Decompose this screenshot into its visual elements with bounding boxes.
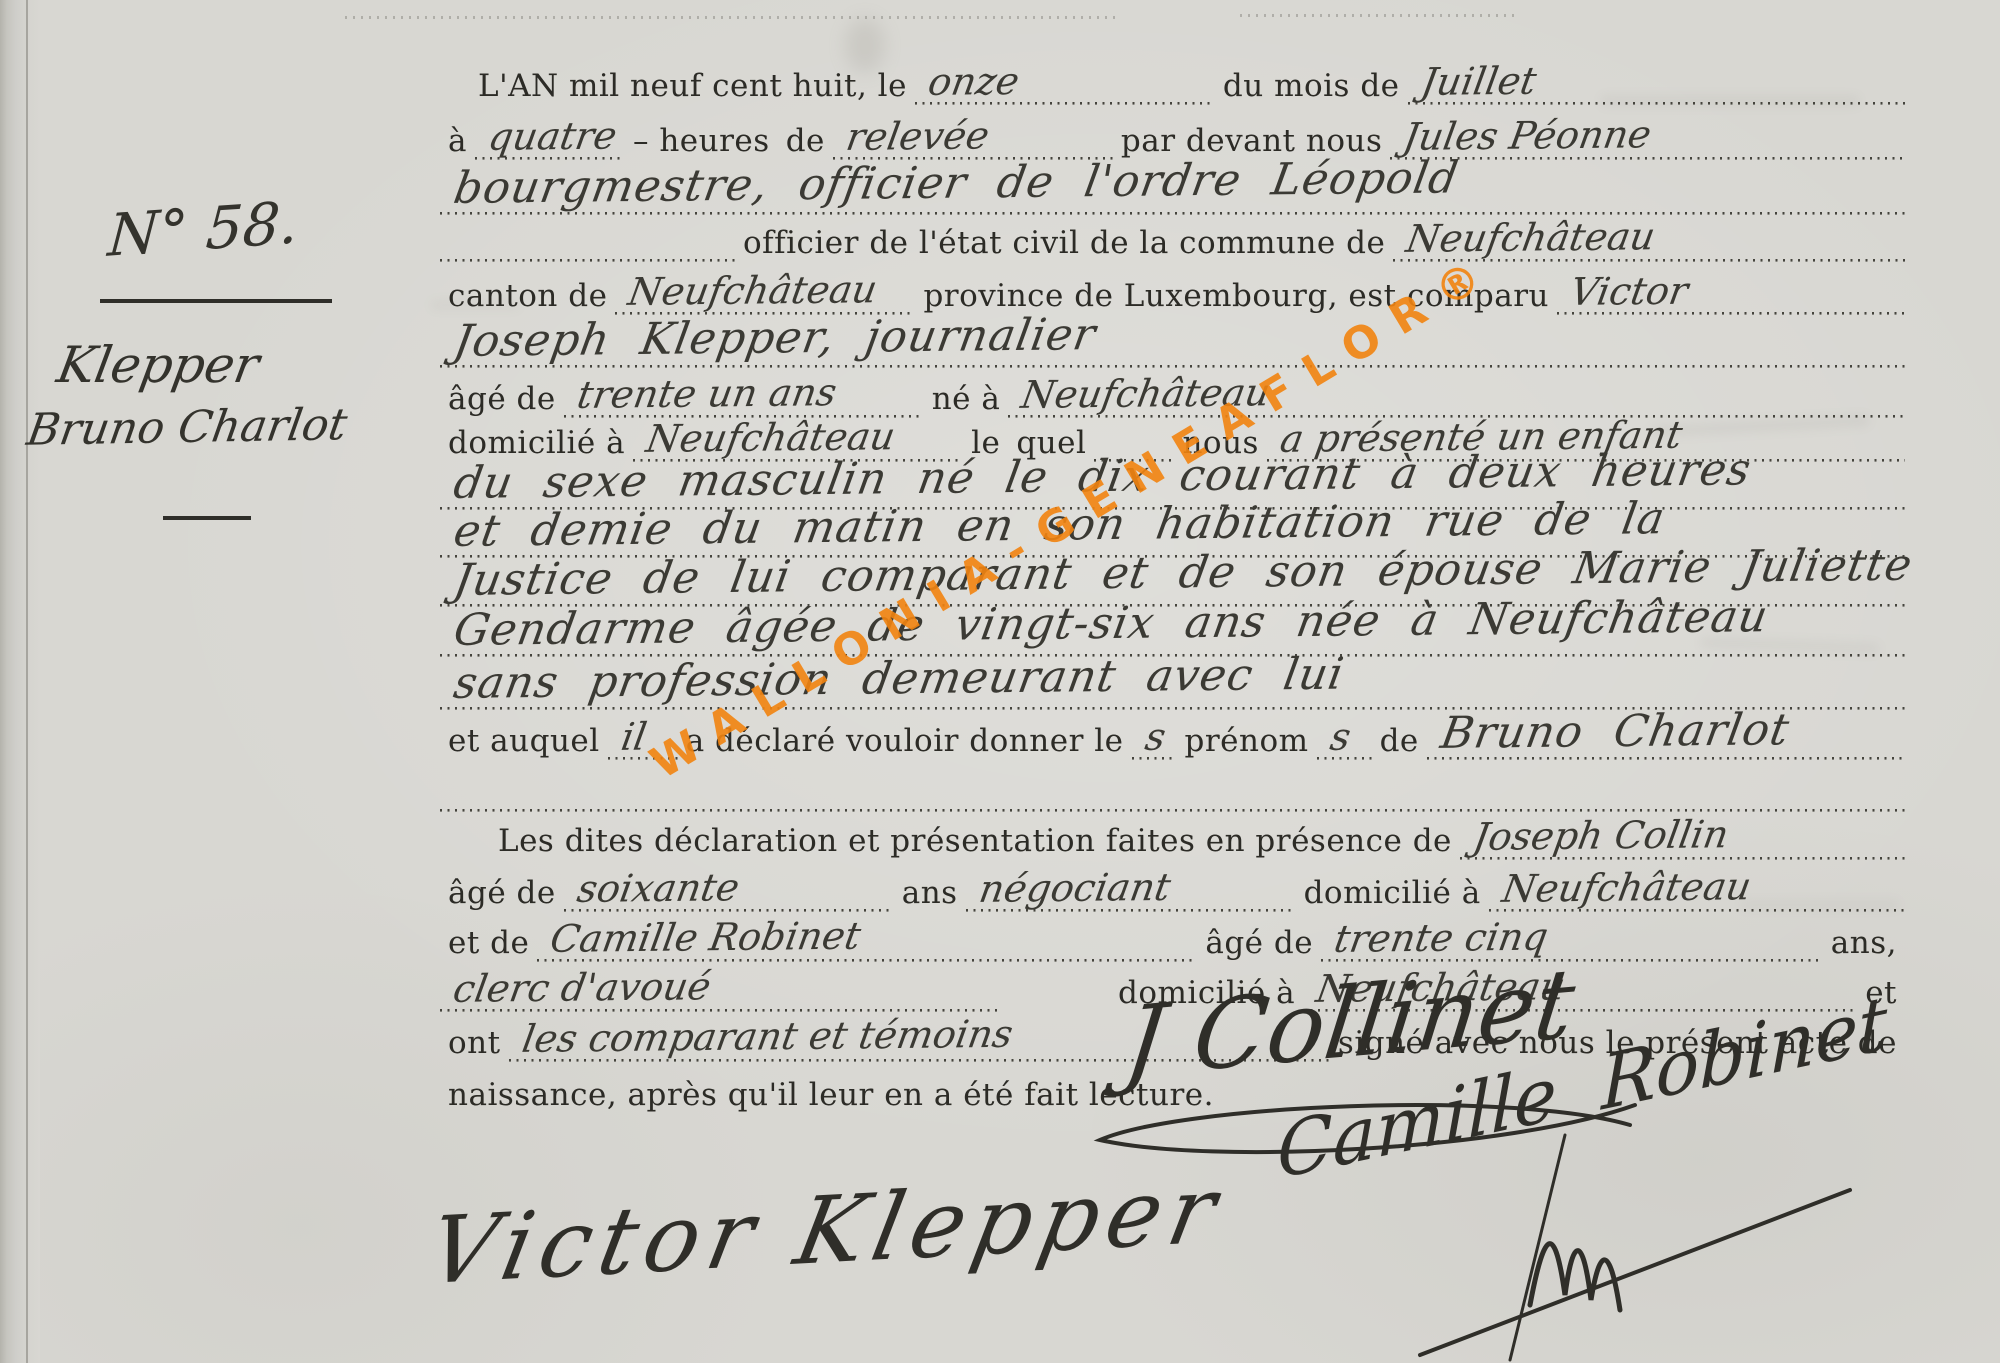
form-row: à quatre – heures de relevée par devant …: [440, 108, 1905, 160]
form-row: officier de l'état civil de la commune d…: [440, 210, 1905, 262]
form-row: Les dites déclaration et présentation fa…: [490, 808, 1905, 860]
printed-text: à: [440, 126, 475, 160]
fill-line: quatre: [475, 108, 625, 160]
handwritten-witness2-name: Camille Robinet: [537, 917, 868, 962]
handwritten-witness1-age: soixante: [564, 868, 746, 912]
fill-line: Bruno Charlot: [1427, 708, 1905, 760]
ghost-dotted-line: [345, 16, 1115, 19]
printed-text: âgé de: [1197, 928, 1321, 962]
printed-text: canton de: [440, 281, 615, 315]
margin-firstnames: Bruno Charlot: [28, 406, 346, 450]
ghost-dotted-line: [1240, 14, 1520, 17]
printed-text: ans,: [1823, 928, 1905, 962]
handwritten-s1: s: [1132, 718, 1173, 760]
handwritten-day: onze: [915, 62, 1026, 105]
handwritten-witness1-residence: Neufchâteau: [1489, 867, 1758, 912]
birth-record-page: N° 58. Klepper Bruno Charlot L'AN mil ne…: [0, 0, 2000, 1363]
fill-line: clerc d'avoué: [440, 960, 1000, 1012]
paraph-scribble: [1395, 1130, 1865, 1363]
handwritten-witness1-name: Joseph Collin: [1460, 815, 1735, 860]
form-row: âgé de soixante ans négociant domicilié …: [440, 860, 1905, 912]
fill-line: s: [1317, 708, 1372, 760]
fill-line: onze: [915, 53, 1215, 105]
act-number-underline: [100, 299, 332, 303]
signature-father: Victor Klepper: [421, 1164, 1230, 1299]
margin-surname-text: Klepper: [54, 340, 263, 390]
handwritten-child-firstnames: Bruno Charlot: [1427, 708, 1797, 760]
fill-line: Gendarme âgée de vingt-six ans née à Neu…: [440, 605, 1905, 657]
fill-line: Juillet: [1408, 53, 1905, 105]
binding-gutter: [0, 0, 40, 1363]
handwritten-hour: quatre: [475, 117, 624, 160]
form-row: et de Camille Robinet âgé de trente cinq…: [440, 910, 1905, 962]
act-number: N° 58.: [108, 200, 298, 258]
fill-line: Victor: [1557, 263, 1905, 315]
handwritten-witness2-occupation: clerc d'avoué: [440, 967, 718, 1012]
form-row: bourgmestre, officier de l'ordre Léopold: [440, 163, 1905, 215]
form-row: Joseph Klepper, journalier: [440, 316, 1905, 368]
printed-text: L'AN mil neuf cent huit, le: [470, 71, 915, 105]
fill-line: Jules Péonne: [1390, 108, 1905, 160]
handwritten-officer-title: bourgmestre, officier de l'ordre Léopold: [440, 156, 1466, 215]
fill-line: Neufchâteau: [615, 263, 915, 315]
handwritten-relevee: relevée: [833, 116, 996, 160]
act-number-text: N° 58.: [106, 193, 300, 265]
margin-dash: [163, 516, 251, 520]
printed-text: ont: [440, 1028, 509, 1062]
printed-text: et auquel: [440, 726, 608, 760]
fill-line: s: [1132, 708, 1177, 760]
handwritten-declarant-name-occupation: Joseph Klepper, journalier: [440, 313, 1103, 368]
form-row: Gendarme âgée de vingt-six ans née à Neu…: [440, 605, 1905, 657]
handwritten-month: Juillet: [1408, 62, 1543, 105]
fill-line: relevée: [833, 108, 1113, 160]
fill-line: négociant: [966, 860, 1296, 912]
printed-text: du mois de: [1215, 71, 1408, 105]
printed-text: Les dites déclaration et présentation fa…: [490, 826, 1460, 860]
handwritten-canton: Neufchâteau: [615, 270, 884, 315]
margin-surname: Klepper: [58, 340, 258, 390]
fill-line: Joseph Collin: [1460, 808, 1905, 860]
handwritten-mother-occupation: sans profession demeurant avec lui: [440, 653, 1351, 710]
printed-text: de: [1372, 726, 1427, 760]
fill-line: sans profession demeurant avec lui: [440, 658, 1905, 710]
fill-line: soixante: [564, 860, 894, 912]
fill-line: Joseph Klepper, journalier: [440, 316, 1905, 368]
printed-text: officier de l'état civil de la commune d…: [735, 228, 1393, 262]
printed-text: prénom: [1177, 726, 1317, 760]
printed-text: âgé de: [440, 878, 564, 912]
handwritten-witness1-occupation: négociant: [966, 868, 1177, 912]
fill-line: [440, 210, 735, 262]
handwritten-commune: Neufchâteau: [1393, 217, 1662, 262]
margin-firstnames-text: Bruno Charlot: [24, 403, 350, 453]
binding-line: [26, 0, 28, 1363]
fill-line: Camille Robinet: [537, 910, 1197, 962]
handwritten-declarant-firstname: Victor: [1557, 272, 1695, 315]
printed-text: de: [778, 126, 833, 160]
printed-text: et de: [440, 928, 537, 962]
handwritten-mother-details: Gendarme âgée de vingt-six ans née à Neu…: [440, 595, 1776, 657]
form-row: L'AN mil neuf cent huit, le onze du mois…: [470, 53, 1905, 105]
form-row: canton de Neufchâteau province de Luxemb…: [440, 263, 1905, 315]
printed-text: domicilié à: [1296, 878, 1489, 912]
printed-text: ans: [894, 878, 966, 912]
fill-line: bourgmestre, officier de l'ordre Léopold: [440, 163, 1905, 215]
printed-text: – heures: [625, 126, 778, 160]
handwritten-s2: s: [1317, 718, 1358, 760]
handwritten-signers: les comparant et témoins: [509, 1015, 1020, 1062]
form-row: sans profession demeurant avec lui: [440, 658, 1905, 710]
fill-line: Neufchâteau: [1489, 860, 1905, 912]
